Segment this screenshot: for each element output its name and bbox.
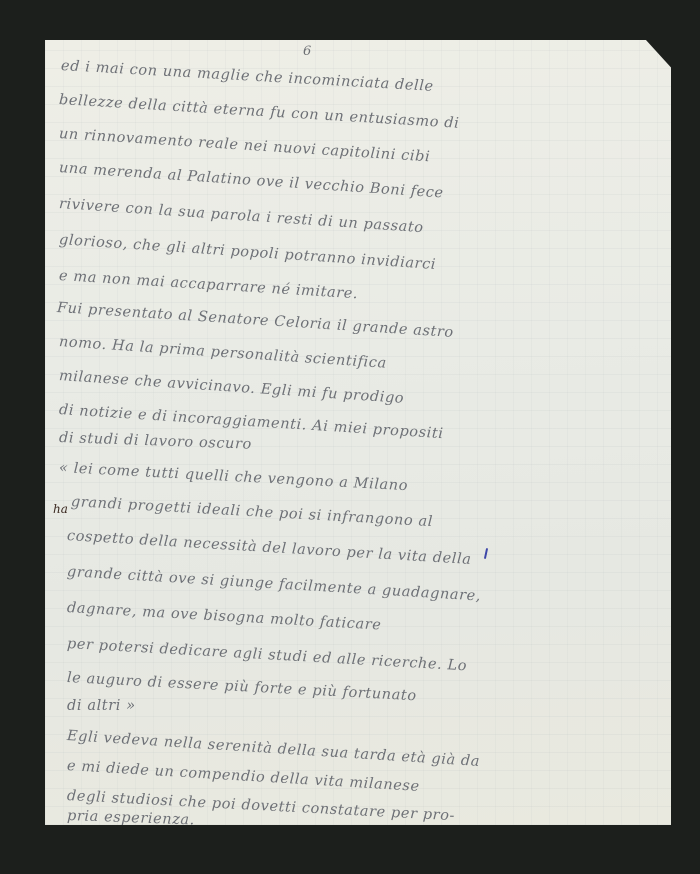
handwritten-line: grande città ove si giunge facilmente a … bbox=[67, 564, 482, 605]
handwritten-line: di altri » bbox=[67, 698, 136, 714]
page-number: 6 bbox=[303, 44, 311, 59]
blue-ink-mark bbox=[484, 548, 488, 559]
handwritten-line: pria esperienza. bbox=[67, 808, 195, 828]
handwritten-line: cospetto della necessità del lavoro per … bbox=[67, 528, 472, 568]
handwritten-line: dagnare, ma ove bisogna molto faticare bbox=[67, 600, 382, 634]
handwritten-line: grandi progetti ideali che poi si infran… bbox=[71, 494, 434, 530]
handwritten-line: un rinnovamento reale nei nuovi capitoli… bbox=[58, 126, 430, 165]
handwritten-line: di studi di lavoro oscuro bbox=[59, 430, 252, 453]
handwritten-line: nomo. Ha la prima personalità scientific… bbox=[58, 334, 387, 372]
margin-note: ha bbox=[53, 502, 68, 516]
handwritten-line: ed i mai con una maglie che incominciata… bbox=[61, 58, 435, 95]
handwritten-line: milanese che avvicinavo. Egli mi fu prod… bbox=[58, 368, 404, 407]
handwritten-line: rivivere con la sua parola i resti di un… bbox=[58, 196, 424, 236]
letter-page: 6 ed i mai con una maglie che incomincia… bbox=[45, 40, 671, 825]
handwritten-line: e mi diede un compendio della vita milan… bbox=[67, 758, 421, 795]
handwritten-line: una merenda al Palatino ove il vecchio B… bbox=[58, 160, 444, 202]
handwritten-line: per potersi dedicare agli studi ed alle … bbox=[67, 636, 468, 674]
handwritten-line: « lei come tutti quelli che vengono a Mi… bbox=[59, 460, 409, 494]
handwritten-line: Fui presentato al Senatore Celoria il gr… bbox=[56, 300, 454, 341]
handwritten-line: glorioso, che gli altri popoli potranno … bbox=[58, 232, 436, 273]
handwritten-line: bellezze della città eterna fu con un en… bbox=[59, 92, 460, 132]
handwritten-line: e ma non mai accaparrare né imitare. bbox=[59, 268, 359, 302]
